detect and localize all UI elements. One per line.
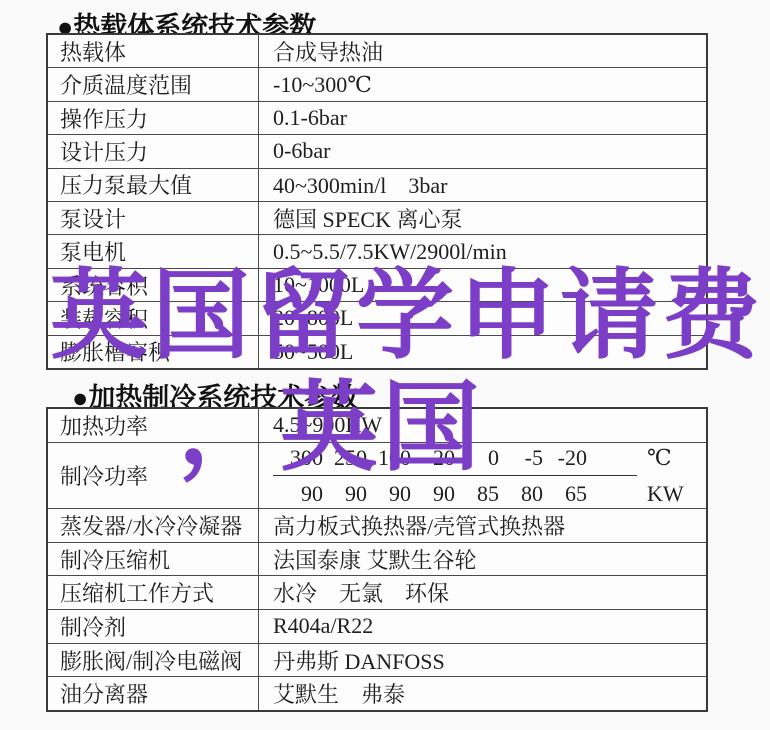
row-value: 0-6bar <box>259 138 706 164</box>
row-value: 丹弗斯 DANFOSS <box>259 645 706 676</box>
power-value: 90 <box>279 481 323 507</box>
row-label: 压力泵最大值 <box>48 169 259 201</box>
row-value: 合成导热油 <box>259 36 706 67</box>
row-label: 热载体 <box>48 35 259 67</box>
row-value: R404a/R22 <box>259 613 706 639</box>
power-value: 65 <box>543 481 587 507</box>
table-row: 操作压力 0.1-6bar <box>48 102 706 135</box>
table-row: 油分离器 艾默生 弗泰 <box>48 677 706 710</box>
row-label: 操作压力 <box>48 102 259 134</box>
table-row: 蒸发器/水冷冷凝器 高力板式换热器/壳管式换热器 <box>48 509 706 543</box>
watermark-text-line2: ，英国 <box>178 374 484 482</box>
row-value: -10~300℃ <box>259 72 706 98</box>
row-value: 0.1-6bar <box>259 105 706 131</box>
row-label: 设计压力 <box>48 135 259 167</box>
table-row: 压缩机工作方式 水冷 无氯 环保 <box>48 576 706 610</box>
watermark-text-line1: 英国留学申请费 <box>50 262 764 370</box>
table-row: 设计压力 0-6bar <box>48 135 706 168</box>
row-label: 制冷压缩机 <box>48 543 259 576</box>
table-row: 热载体 合成导热油 <box>48 35 706 68</box>
power-value: 85 <box>455 481 499 507</box>
row-label: 蒸发器/水冷冷凝器 <box>48 509 259 542</box>
row-label: 制冷剂 <box>48 610 259 643</box>
power-value: 80 <box>499 481 543 507</box>
power-value: 90 <box>367 481 411 507</box>
table-row: 制冷剂 R404a/R22 <box>48 610 706 644</box>
row-label: 泵设计 <box>48 202 259 234</box>
power-value: 90 <box>411 481 455 507</box>
temp-value: -20 <box>543 445 587 471</box>
table-row: 膨胀阀/制冷电磁阀 丹弗斯 DANFOSS <box>48 644 706 678</box>
table-row: 介质温度范围 -10~300℃ <box>48 68 706 101</box>
table-row: 压力泵最大值 40~300min/l 3bar <box>48 169 706 202</box>
row-value: 高力板式换热器/壳管式换热器 <box>259 510 706 541</box>
row-value: 德国 SPECK 离心泵 <box>259 203 706 234</box>
row-label: 压缩机工作方式 <box>48 576 259 609</box>
table-row: 泵设计 德国 SPECK 离心泵 <box>48 202 706 235</box>
row-value: 40~300min/l 3bar <box>259 169 706 200</box>
temp-unit: ℃ <box>647 445 672 471</box>
power-value: 90 <box>323 481 367 507</box>
table-row: 制冷压缩机 法国泰康 艾默生谷轮 <box>48 543 706 577</box>
document-page: ●热载体系统技术参数 热载体 合成导热油 介质温度范围 -10~300℃ 操作压… <box>0 0 770 730</box>
row-label: 油分离器 <box>48 677 259 710</box>
power-unit: KW <box>647 481 684 507</box>
temp-value: -5 <box>499 445 543 471</box>
row-label: 膨胀阀/制冷电磁阀 <box>48 644 259 677</box>
row-value: 水冷 无氯 环保 <box>259 577 706 608</box>
row-value: 艾默生 弗泰 <box>259 678 706 709</box>
row-label: 介质温度范围 <box>48 68 259 100</box>
row-value: 法国泰康 艾默生谷轮 <box>259 544 706 575</box>
